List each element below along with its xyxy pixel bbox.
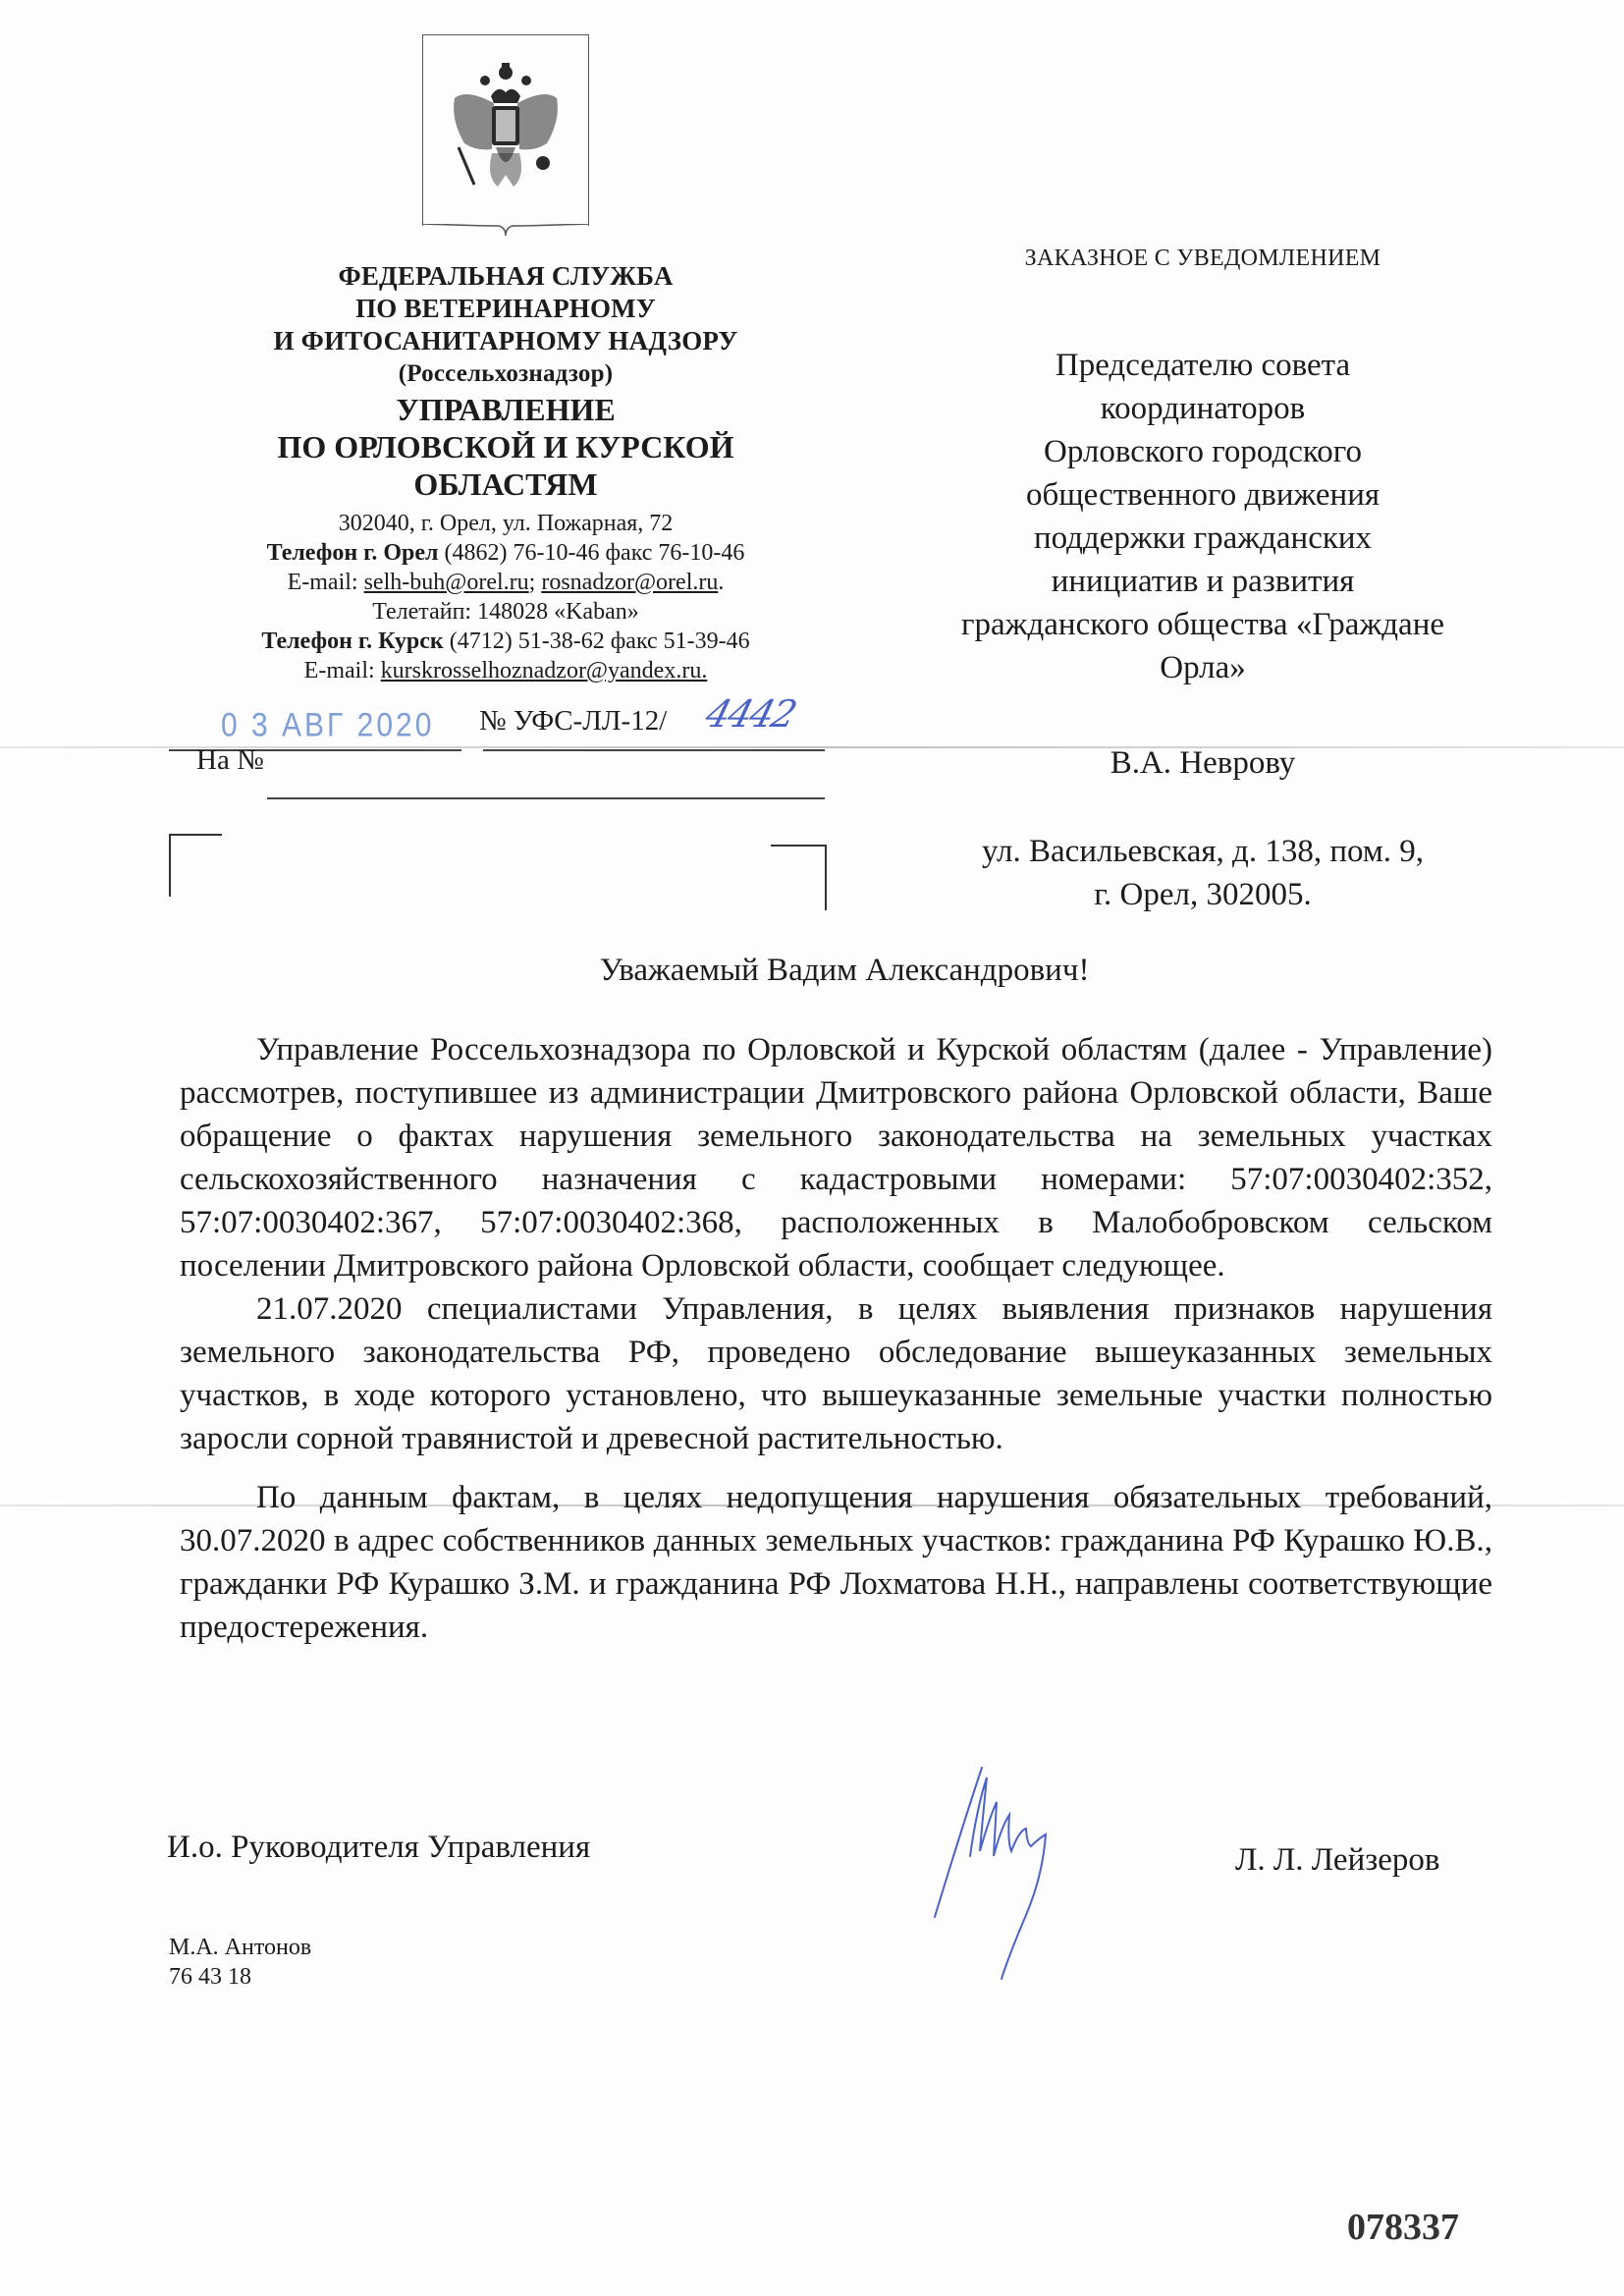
signatory-name: Л. Л. Лейзеров <box>1235 1842 1440 1879</box>
email-label: E-mail: <box>288 570 364 595</box>
coat-of-arms-icon <box>437 59 574 196</box>
phone-orel-value: (4862) 76-10-46 факс 76-10-46 <box>439 540 745 566</box>
email-link-selh-buh[interactable]: selh-buh@orel.ru <box>364 570 529 595</box>
recipient-line: гражданского общества «Граждане <box>884 603 1522 646</box>
number-underline <box>483 749 825 751</box>
dept-name-line: УПРАВЛЕНИЕ <box>177 391 835 428</box>
recipient-line: Орла» <box>884 646 1522 689</box>
phone-kursk-value: (4712) 51-38-62 факс 51-39-46 <box>444 629 750 654</box>
recipient-line: Председателю совета <box>884 344 1522 387</box>
email-link-rosnadzor[interactable]: rosnadzor@orel.ru <box>541 570 718 595</box>
email-link-kursk[interactable]: kurskrosselhoznadzor@yandex.ru. <box>381 658 708 683</box>
phone-orel: Телефон г. Орел (4862) 76-10-46 факс 76-… <box>177 538 835 568</box>
phone-kursk: Телефон г. Курск (4712) 51-38-62 факс 51… <box>177 627 835 656</box>
date-stamp: 0 3 АВГ 2020 <box>221 706 434 744</box>
outgoing-number-label: № УФС-ЛЛ-12/ <box>479 705 667 738</box>
recipient-name: В.А. Неврову <box>884 741 1522 785</box>
org-abbreviation: (Россельхознадзор) <box>177 357 835 390</box>
phone-kursk-label: Телефон г. Курск <box>261 629 443 654</box>
executor-phone: 76 43 18 <box>169 1962 311 1992</box>
dept-name-line: ПО ОРЛОВСКОЙ И КУРСКОЙ <box>177 428 835 465</box>
emblem-frame-point <box>422 224 589 236</box>
signatory-role: И.о. Руководителя Управления <box>167 1830 590 1866</box>
org-address: 302040, г. Орел, ул. Пожарная, 72 <box>177 509 835 538</box>
email-kursk: E-mail: kurskrosselhoznadzor@yandex.ru. <box>177 656 835 685</box>
email-end: . <box>718 570 724 595</box>
dept-name-line: ОБЛАСТЯМ <box>177 465 835 503</box>
recipient-line: координаторов <box>884 387 1522 430</box>
letter-body: Управление Россельхознадзора по Орловско… <box>180 1028 1492 1649</box>
reply-to-underline <box>267 797 825 799</box>
mail-type: ЗАКАЗНОЕ С УВЕДОМЛЕНИЕМ <box>884 246 1522 272</box>
recipient-line: общественного движения <box>884 473 1522 517</box>
recipient-address-line: г. Орел, 302005. <box>884 873 1522 916</box>
form-serial-number: 078337 <box>1347 2206 1459 2249</box>
recipient-line: поддержки гражданских <box>884 517 1522 560</box>
outgoing-number-handwritten: 4442 <box>701 692 800 736</box>
letter-paragraph: По данным фактам, в целях недопущения на… <box>180 1476 1492 1649</box>
recipient-address-line: ул. Васильевская, д. 138, пом. 9, <box>884 830 1522 873</box>
greeting: Уважаемый Вадим Александрович! <box>167 953 1522 989</box>
recipient-line: Орловского городского <box>884 430 1522 473</box>
email-orel: E-mail: selh-buh@orel.ru; rosnadzor@orel… <box>177 568 835 597</box>
address-window-corner-right <box>771 845 827 910</box>
phone-orel-label: Телефон г. Орел <box>267 540 439 566</box>
org-name-line: ФЕДЕРАЛЬНАЯ СЛУЖБА <box>177 260 835 293</box>
address-window-corner-left <box>169 834 222 897</box>
org-name-line: И ФИТОСАНИТАРНОМУ НАДЗОРУ <box>177 325 835 357</box>
reply-to-label: На № <box>196 744 264 777</box>
email-separator: ; <box>529 570 542 595</box>
teletype: Телетайп: 148028 «Kaban» <box>177 597 835 627</box>
letter-paragraph: 21.07.2020 специалистами Управления, в ц… <box>180 1287 1492 1460</box>
handwritten-signature <box>864 1748 1159 1994</box>
email-label: E-mail: <box>304 658 381 683</box>
org-name-line: ПО ВЕТЕРИНАРНОМУ <box>177 293 835 325</box>
recipient-line: инициатив и развития <box>884 560 1522 603</box>
executor-name: М.А. Антонов <box>169 1933 311 1962</box>
letter-paragraph: Управление Россельхознадзора по Орловско… <box>180 1028 1492 1287</box>
